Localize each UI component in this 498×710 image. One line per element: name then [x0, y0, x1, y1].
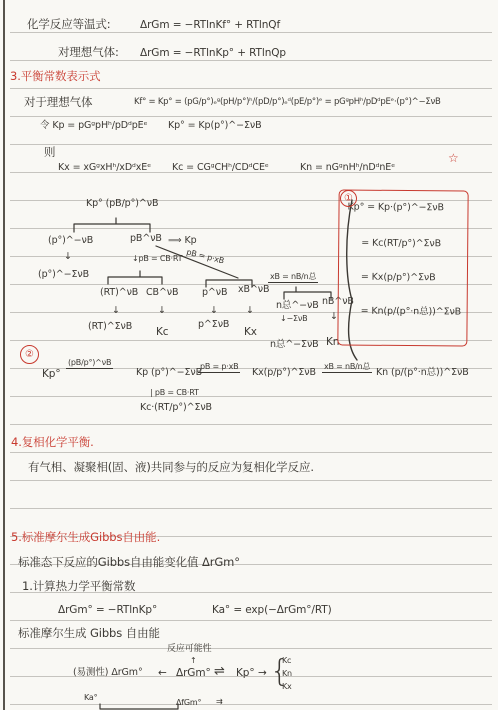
- chain-kx: Kx(p/p°)^ΣνB: [252, 368, 316, 379]
- let-kp-formula: 令 Kp = pGᵍpHʰ/pDᵈpEᵉ: [40, 121, 147, 132]
- section-5-line-3: 标准摩尔生成 Gibbs 自由能: [18, 627, 160, 640]
- down-arrow: ↓: [64, 252, 72, 263]
- equilibrium-arrows: ⇌: [214, 665, 225, 680]
- tree-ntot-edge: ↓−ΣνB: [280, 314, 307, 323]
- down-arrow: ↓: [112, 306, 120, 317]
- ideal-gas-label: 对理想气体:: [58, 46, 119, 59]
- chain-kn: Kn (p/(p°·n总))^ΣνB: [376, 368, 469, 379]
- partial-ka-term: Ka°: [84, 693, 97, 702]
- k-list-item: Kn: [282, 669, 292, 678]
- isotherm-formula-2: ΔrGm = −RTlnKp° + RTlnQp: [140, 47, 286, 59]
- delta-g-formula: ΔrGm° = −RTlnKp°: [58, 604, 157, 616]
- page-edge: [3, 0, 5, 710]
- kp-standard-formula: Kp° = Kp(p°)^−ΣνB: [168, 121, 262, 132]
- kc-formula: Kc = CGᵍCHʰ/CDᵈCEᵉ: [172, 163, 269, 174]
- kn-formula: Kn = nGᵍnHʰ/nDᵈnEᵉ: [300, 163, 395, 174]
- chain-kp-std: Kp°: [42, 368, 61, 380]
- section-4-body: 有气相、凝聚相(固、液)共同参与的反应为复相化学反应.: [28, 461, 314, 474]
- summary-red-box: Kp° = Kp·(p°)^−ΣνB = Kc(RT/p°)^ΣνB = Kx(…: [337, 189, 468, 346]
- tree-rt-sum: (RT)^ΣνB: [88, 322, 132, 333]
- partial-df-term: ΔfGm°: [176, 698, 201, 707]
- left-arrow: ←: [158, 667, 167, 679]
- section-4-heading: 4.复相化学平衡.: [11, 436, 94, 449]
- ideal-gas-case-label: 对于理想气体: [24, 96, 92, 109]
- tree-to-kp: ⟹ Kp: [168, 236, 197, 247]
- redbox-line-4: = Kn(p/(p°·n总))^ΣνB: [361, 307, 462, 319]
- chain-edge-2: pB = p·xB: [198, 362, 240, 373]
- right-arrow: →: [258, 667, 267, 679]
- tree-root: Kp° (pB/p°)^νB: [86, 199, 158, 210]
- tree-p-std-nu: (p°)^−νB: [48, 236, 93, 247]
- up-arrow: ↑: [190, 656, 197, 665]
- tree-p-sum: p^ΣνB: [198, 320, 229, 331]
- tree-cb-nu: CB^νB: [146, 288, 178, 299]
- chain-sub-edge: | pB = CB·RT: [150, 388, 199, 397]
- kx-formula: Kx = xGᵍxHʰ/xDᵈxEᵉ: [58, 163, 151, 174]
- then-label: 则: [44, 146, 55, 159]
- circled-number-1: ①: [340, 190, 357, 207]
- delta-g-center: ΔrGm°: [176, 667, 211, 679]
- circled-number-2: ②: [20, 345, 39, 364]
- down-arrow: ↓: [158, 306, 166, 317]
- chain-edge-1: (pB/p°)^νB: [66, 358, 113, 369]
- tree-kx: Kx: [244, 326, 257, 338]
- chain-kp: Kp (p°)^−ΣνB: [136, 368, 202, 379]
- kf-definition-formula: Kf° = Kp° = (pG/p°)ₑᵍ(pH/p°)ʰ/(pD/p°)ₑᵈ(…: [134, 98, 441, 108]
- star-icon: ☆: [448, 152, 459, 166]
- chain-edge-3: xB = nB/n总: [322, 362, 372, 373]
- redbox-line-2: = Kc(RT/p°)^ΣνB: [361, 239, 441, 251]
- kp-term: Kp°: [236, 667, 255, 679]
- tree-p-std-sum: (p°)^−ΣνB: [38, 270, 89, 281]
- k-list-item: Kc: [282, 656, 291, 665]
- isotherm-formula-1: ΔrGm = −RTlnKf° + RTlnQf: [140, 19, 280, 31]
- redbox-line-1: Kp° = Kp·(p°)^−ΣνB: [347, 203, 444, 215]
- notebook-page: 化学反应等温式: ΔrGm = −RTlnKf° + RTlnQf 对理想气体:…: [0, 0, 498, 710]
- partial-arrows: ⇉: [216, 697, 223, 706]
- tree-pb-nu: pB^νB: [130, 234, 162, 245]
- redbox-line-3: = Kx(p/p°)^ΣνB: [361, 273, 436, 285]
- tree-edge-concentration: ↓pB = CB·RT: [132, 254, 182, 263]
- measurability-term: (易测性) ΔrGm°: [73, 668, 143, 679]
- tree-ntot-nu: n总^−νB: [276, 301, 319, 312]
- down-arrow: ↓: [210, 306, 218, 317]
- section-5-line-1: 标准态下反应的Gibbs自由能变化值 ΔrGm°: [18, 556, 240, 569]
- tree-xb-nu: xB^νB: [238, 285, 269, 296]
- tree-kc: Kc: [156, 326, 168, 338]
- ka-exp-formula: Ka° = exp(−ΔrGm°/RT): [212, 604, 332, 616]
- tree-rt-nu: (RT)^νB: [100, 288, 138, 299]
- tree-p-nu: p^νB: [202, 288, 227, 299]
- k-list-item: Kx: [282, 682, 292, 691]
- down-arrow: ↓: [246, 306, 254, 317]
- section-5-line-2: 1.计算热力学平衡常数: [22, 580, 135, 593]
- possibility-note: 反应可能性: [167, 644, 212, 654]
- chain-kc: Kc·(RT/p°)^ΣνB: [140, 403, 212, 414]
- tree-ntot-sum: n总^−ΣνB: [270, 340, 319, 351]
- section-3-heading: 3.平衡常数表示式: [10, 70, 101, 83]
- section-5-heading: 5.标准摩尔生成Gibbs自由能.: [11, 531, 160, 544]
- tree-edge-molefraction: pB = p·xB: [185, 247, 224, 265]
- tree-edge-ntotal: xB = nB/n总: [268, 272, 318, 283]
- isotherm-title: 化学反应等温式:: [27, 18, 111, 31]
